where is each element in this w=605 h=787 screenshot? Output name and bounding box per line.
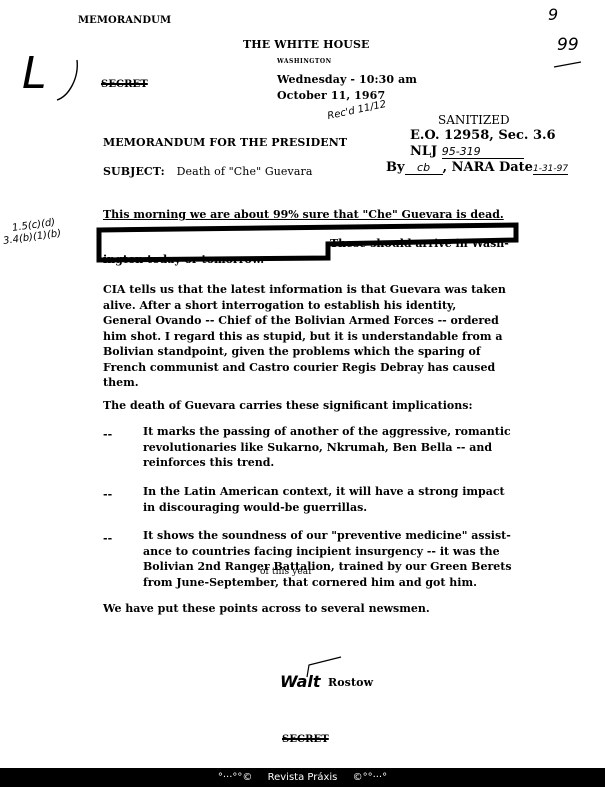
typed-signature: Rostow: [328, 676, 373, 689]
p2-line: them.: [103, 375, 543, 391]
bullet-line: in discouraging would-be guerrillas.: [143, 500, 505, 516]
margin-note-2: 3.4(b)(1)(b): [3, 228, 62, 247]
subject-label: SUBJECT:: [103, 165, 165, 178]
footer-ornament-left: °···°°©: [218, 772, 253, 783]
bullet-line: from June-September, that cornered him a…: [143, 575, 512, 591]
document-page: MEMORANDUM THE WHITE HOUSE WASHINGTON L …: [0, 0, 605, 768]
bullet-line: ance to countries facing incipient insur…: [143, 544, 512, 560]
p2-line: CIA tells us that the latest information…: [103, 282, 543, 298]
bullet-2: In the Latin American context, it will h…: [143, 484, 505, 515]
bullet-marker: --: [103, 488, 112, 501]
institution-title: THE WHITE HOUSE: [243, 38, 369, 51]
sanitized-by: Bycb, NARA Date1-31-97: [386, 160, 568, 175]
nara-value: 1-31-97: [533, 164, 568, 175]
p2-line: him shot. I regard this as stupid, but i…: [103, 329, 543, 345]
bullet-3: It shows the soundness of our "preventiv…: [143, 528, 512, 590]
bullet-marker: --: [103, 428, 112, 441]
bullet-line: reinforces this trend.: [143, 455, 511, 471]
insertion-note: of this year: [260, 567, 313, 577]
paragraph-2: CIA tells us that the latest information…: [103, 282, 543, 391]
bullet-line: It shows the soundness of our "preventiv…: [143, 528, 512, 544]
subject-text: Death of "Che" Guevara: [177, 165, 313, 178]
city-label: WASHINGTON: [277, 58, 332, 65]
by-label: By: [386, 160, 405, 175]
handwritten-underline-icon: [553, 60, 583, 70]
sanitized-nlj: NLJ 95-319: [410, 144, 524, 159]
sanitized-stamp-title: SANITIZED: [438, 113, 510, 127]
handwritten-number-2: 99: [557, 35, 579, 55]
memorandum-label: MEMORANDUM: [78, 15, 171, 26]
p2-line: French communist and Castro courier Regi…: [103, 360, 543, 376]
paragraph-1-line-3: ington today or tomorrow.: [103, 252, 543, 268]
footer-ornament-right: ©°°···°: [353, 772, 388, 783]
memo-recipient: MEMORANDUM FOR THE PRESIDENT: [103, 136, 347, 149]
paragraph-3: The death of Guevara carries these signi…: [103, 398, 543, 414]
handwritten-received-note: Rec'd 11/12: [327, 99, 388, 122]
memo-subject: SUBJECT: Death of "Che" Guevara: [103, 165, 313, 178]
nlj-label: NLJ: [410, 144, 437, 159]
classification-top: SECRET: [101, 79, 148, 90]
p2-line: General Ovando -- Chief of the Bolivian …: [103, 313, 543, 329]
classification-bottom: SECRET: [282, 734, 329, 745]
by-value: cb: [405, 161, 443, 175]
bullet-line: It marks the passing of another of the a…: [143, 424, 511, 440]
bullet-line: Bolivian 2nd Ranger Battalion, trained b…: [143, 559, 512, 575]
p2-line: Bolivian standpoint, given the problems …: [103, 344, 543, 360]
paragraph-1-line-2: These should arrive in Wash-: [330, 236, 550, 252]
footer-bar: °···°°© Revista Práxis ©°°···°: [0, 768, 605, 787]
paragraph-1-line-1: This morning we are about 99% sure that …: [103, 207, 543, 223]
bullet-line: In the Latin American context, it will h…: [143, 484, 505, 500]
nlj-value: 95-319: [442, 145, 524, 159]
footer-label: Revista Práxis: [268, 772, 338, 783]
p2-line: alive. After a short interrogation to es…: [103, 298, 543, 314]
memo-date: October 11, 1967: [277, 89, 385, 102]
handwritten-number-1: 9: [548, 5, 558, 24]
handwritten-initial: L: [22, 52, 47, 96]
bullet-line: revolutionaries like Sukarno, Nkrumah, B…: [143, 440, 511, 456]
sanitized-eo: E.O. 12958, Sec. 3.6: [410, 128, 556, 143]
bullet-1: It marks the passing of another of the a…: [143, 424, 511, 471]
bullet-marker: --: [103, 532, 112, 545]
nara-label: , NARA Date: [443, 160, 533, 175]
closing-paragraph: We have put these points across to sever…: [103, 601, 543, 617]
handwritten-stroke-icon: [55, 58, 85, 103]
day-time: Wednesday - 10:30 am: [277, 73, 417, 86]
